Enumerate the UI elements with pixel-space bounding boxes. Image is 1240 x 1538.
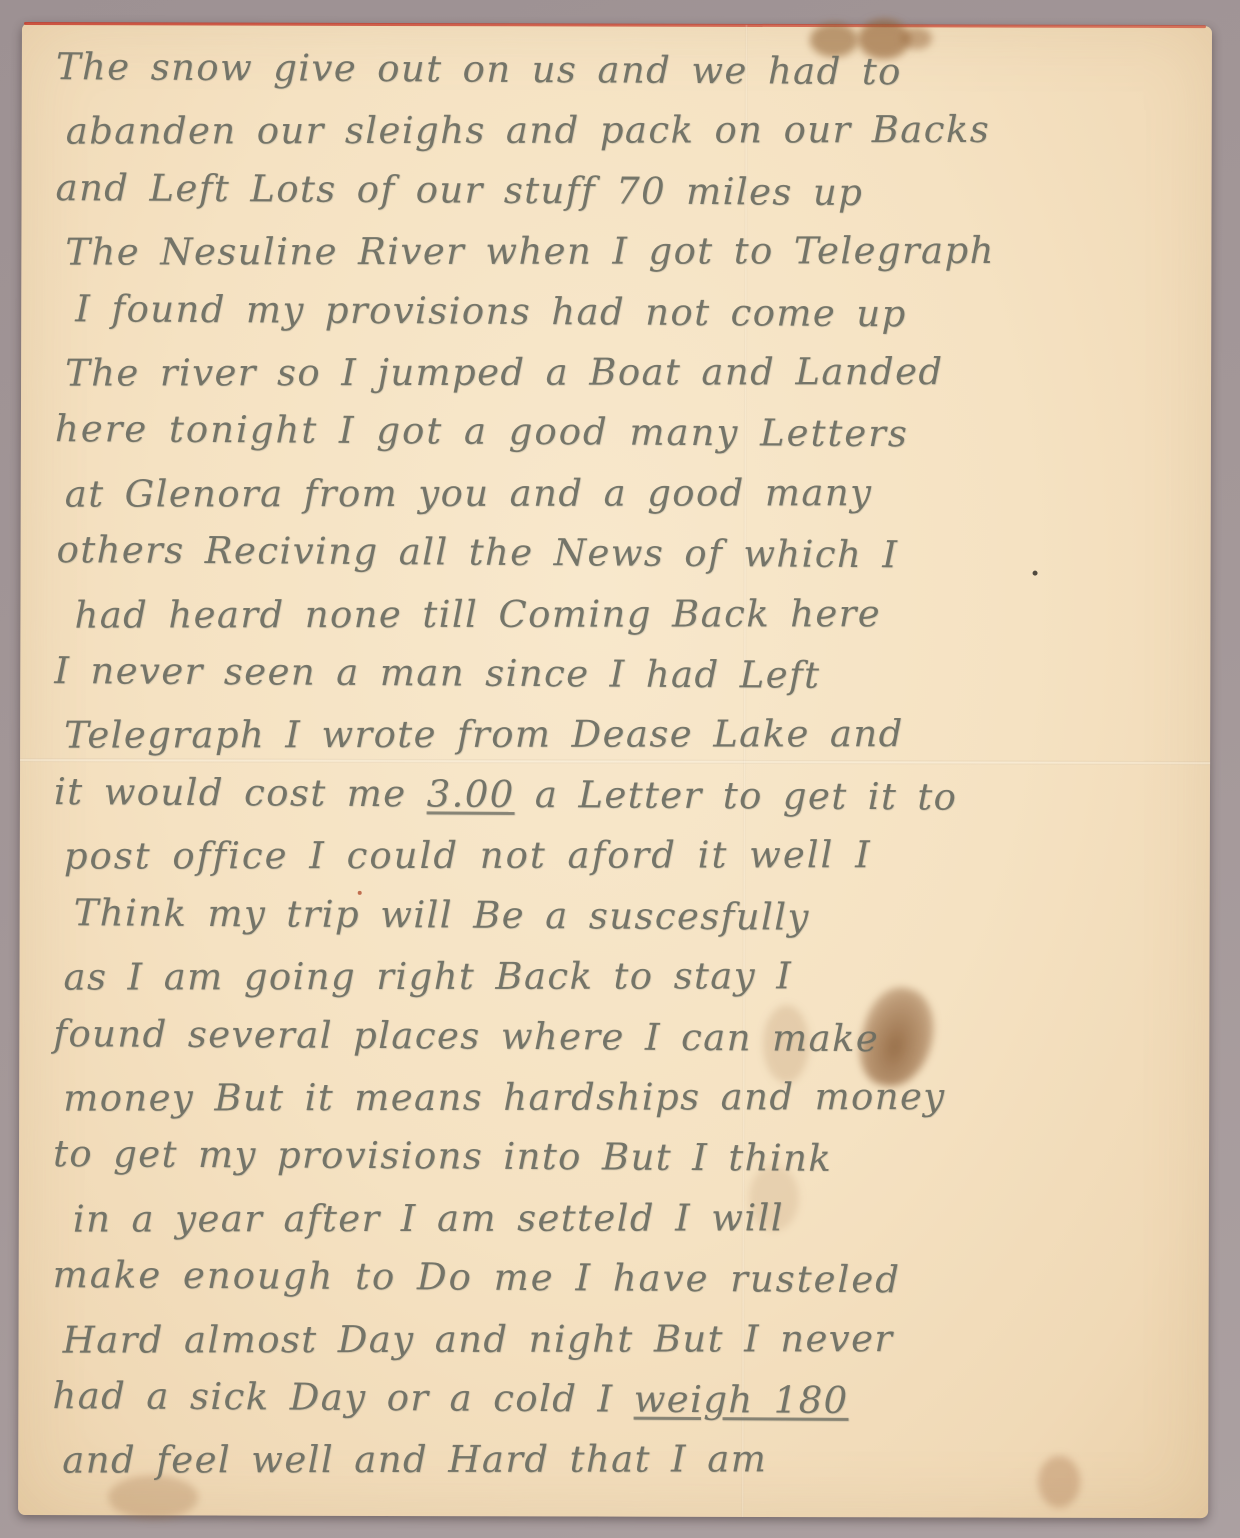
handwriting-line: in a year after I am setteld I will [53,1187,1205,1249]
handwriting-line: found several places where I can make [53,1004,1205,1071]
letter-page: The snow give out on us and we had to ab… [18,23,1212,1518]
handwriting-line: as I am going right Back to stay I [53,946,1205,1008]
handwriting-line: at Glenora from you and a good many [55,462,1207,524]
paper-red-edge [24,22,1206,28]
handwriting-line: to get my provisions into But I think [53,1124,1205,1191]
handwriting-line: abanden our sleighs and pack on our Back… [56,100,1208,162]
underlined-amount: 3.00 [427,772,515,816]
handwriting-line: and feel well and Hard that I am [52,1429,1204,1491]
handwriting-line: The river so I jumped a Boat and Landed [55,342,1207,404]
handwriting-line: The snow give out on us and we had to [56,37,1208,104]
handwriting-line: make enough to Do me I have rusteled [53,1245,1205,1312]
handwriting-line: I found my provisions had not come up [55,279,1207,346]
handwriting-line: had heard none till Coming Back here [54,583,1206,645]
handwriting-line: Telegraph I wrote from Dease Lake and [54,704,1206,766]
handwriting-line-with-underline: it would cost me 3.00 a Letter to get it… [54,762,1206,829]
line-segment: a Letter to get it to [515,773,958,819]
handwriting-line: Hard almost Day and night But I never [53,1308,1205,1370]
scanned-letter-image: { "document": { "kind": "handwritten let… [0,0,1240,1538]
handwriting-line-with-underline: had a sick Day or a cold I weigh 180 [52,1366,1204,1433]
line-segment: had a sick Day or a cold I [52,1374,634,1421]
handwriting-line: money But it means hardships and money [53,1066,1205,1128]
line-segment: it would cost me [54,770,427,815]
handwriting-line: and Left Lots of our stuff 70 miles up [55,158,1207,225]
handwriting-line: here tonight I got a good many Letters [55,400,1207,467]
underlined-weight: weigh 180 [634,1378,849,1422]
handwriting-line: I never seen a man since I had Left [54,641,1206,708]
handwriting-line: The Nesuline River when I got to Telegra… [55,221,1207,283]
handwriting-line: others Reciving all the News of which I [54,520,1206,587]
letter-body: The snow give out on us and we had to ab… [52,39,1208,1492]
handwriting-line: post office I could not aford it well I [54,825,1206,887]
handwriting-line: Think my trip will Be a suscesfully [53,883,1205,950]
